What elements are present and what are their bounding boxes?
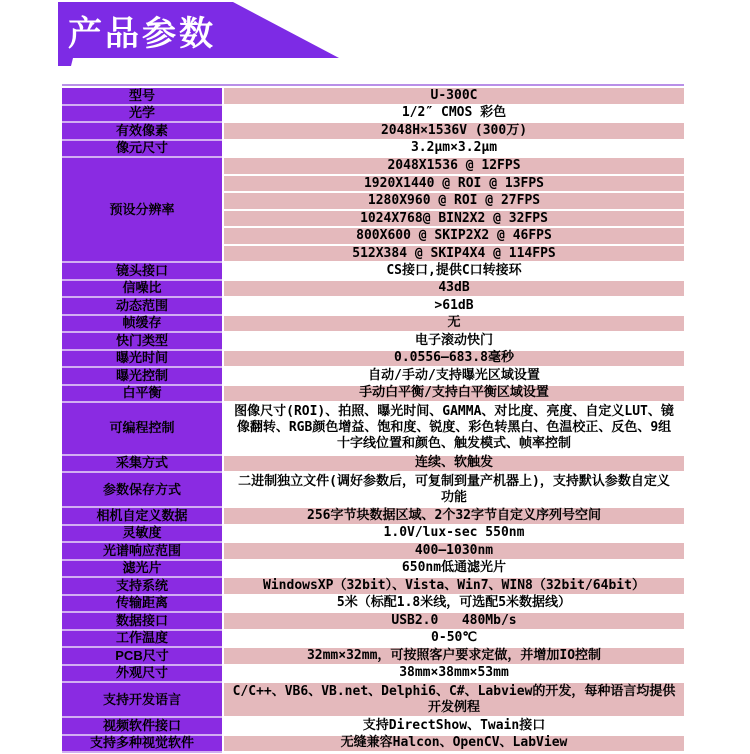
spec-row: 支持多种视觉软件 无缝兼容Halcon、OpenCV、LabView: [62, 736, 684, 754]
spec-label: 数据接口: [62, 613, 222, 631]
spec-row: 曝光控制 自动/手动/支持曝光区域设置: [62, 368, 684, 386]
spec-label: 外观尺寸: [62, 666, 222, 684]
spec-row-programmable-controls: 可编程控制 图像尺寸(ROI)、拍照、曝光时间、GAMMA、对比度、亮度、自定义…: [62, 403, 684, 456]
spec-row: 动态范围 >61dB: [62, 298, 684, 316]
spec-row: 帧缓存 无: [62, 316, 684, 334]
spec-label: 传输距离: [62, 596, 222, 614]
spec-value: 650nm低通滤光片: [224, 561, 684, 579]
spec-value: 3.2μm×3.2μm: [224, 141, 684, 159]
spec-label: 预设分辨率: [62, 158, 222, 263]
spec-label: 光学: [62, 106, 222, 124]
spec-label: 帧缓存: [62, 316, 222, 334]
spec-value: 5米（标配1.8米线，可选配5米数据线）: [224, 596, 684, 614]
spec-value: 1.0V/lux-sec 550nm: [224, 526, 684, 544]
spec-row: 外观尺寸 38mm×38mm×53mm: [62, 666, 684, 684]
spec-row: 工作温度 0-50℃: [62, 631, 684, 649]
spec-value: 连续、软触发: [224, 456, 684, 474]
spec-label: 灵敏度: [62, 526, 222, 544]
spec-label: 光谱响应范围: [62, 543, 222, 561]
spec-value: USB2.0 480Mb/s: [224, 613, 684, 631]
spec-subvalue: 2048X1536 @ 12FPS: [224, 158, 684, 176]
spec-row: 型号 U-300C: [62, 88, 684, 106]
spec-label: PCB尺寸: [62, 648, 222, 666]
spec-row: 传输距离 5米（标配1.8米线，可选配5米数据线）: [62, 596, 684, 614]
spec-row: 视频软件接口 支持DirectShow、Twain接口: [62, 718, 684, 736]
spec-row: 光谱响应范围 400—1030nm: [62, 543, 684, 561]
spec-value: 32mm×32mm，可按照客户要求定做，并增加IO控制: [224, 648, 684, 666]
spec-row: 数据接口 USB2.0 480Mb/s: [62, 613, 684, 631]
spec-label: 滤光片: [62, 561, 222, 579]
table-top-border: [62, 84, 684, 86]
spec-label: 镜头接口: [62, 263, 222, 281]
spec-label: 采集方式: [62, 456, 222, 474]
spec-row: 信噪比 43dB: [62, 281, 684, 299]
spec-value: WindowsXP（32bit）、Vista、Win7、WIN8（32bit/6…: [224, 578, 684, 596]
spec-value: 1/2″ CMOS 彩色: [224, 106, 684, 124]
spec-row: 像元尺寸 3.2μm×3.2μm: [62, 141, 684, 159]
page-title: 产品参数: [68, 2, 216, 58]
table-rows: 型号 U-300C 光学 1/2″ CMOS 彩色 有效像素 2048H×153…: [62, 88, 684, 753]
spec-label: 可编程控制: [62, 403, 222, 456]
spec-value: CS接口,提供C口转接环: [224, 263, 684, 281]
spec-subvalue: 800X600 @ SKIP2X2 @ 46FPS: [224, 228, 684, 246]
spec-row: PCB尺寸 32mm×32mm，可按照客户要求定做，并增加IO控制: [62, 648, 684, 666]
spec-label: 快门类型: [62, 333, 222, 351]
spec-value: 43dB: [224, 281, 684, 299]
spec-row-dev-languages: 支持开发语言 C/C++、VB6、VB.net、Delphi6、C#、Labvi…: [62, 683, 684, 718]
spec-label: 相机自定义数据: [62, 508, 222, 526]
spec-label: 白平衡: [62, 386, 222, 404]
spec-row: 支持系统 WindowsXP（32bit）、Vista、Win7、WIN8（32…: [62, 578, 684, 596]
spec-row: 采集方式 连续、软触发: [62, 456, 684, 474]
spec-subvalue: 1280X960 @ ROI @ 27FPS: [224, 193, 684, 211]
spec-label: 型号: [62, 88, 222, 106]
spec-subvalue: 512X384 @ SKIP4X4 @ 114FPS: [224, 246, 684, 264]
spec-value: 电子滚动快门: [224, 333, 684, 351]
spec-value: 0.0556—683.8毫秒: [224, 351, 684, 369]
spec-row-parameter-save: 参数保存方式 二进制独立文件(调好参数后，可复制到量产机器上)，支持默认参数自定…: [62, 473, 684, 508]
spec-subvalue: 1024X768@ BIN2X2 @ 32FPS: [224, 211, 684, 229]
spec-label: 信噪比: [62, 281, 222, 299]
spec-value: U-300C: [224, 88, 684, 106]
spec-label: 工作温度: [62, 631, 222, 649]
spec-subvalues: 2048X1536 @ 12FPS 1920X1440 @ ROI @ 13FP…: [224, 158, 684, 263]
spec-value: 图像尺寸(ROI)、拍照、曝光时间、GAMMA、对比度、亮度、自定义LUT、镜像…: [224, 403, 684, 456]
spec-value: 自动/手动/支持曝光区域设置: [224, 368, 684, 386]
spec-row: 镜头接口 CS接口,提供C口转接环: [62, 263, 684, 281]
spec-row: 光学 1/2″ CMOS 彩色: [62, 106, 684, 124]
spec-row: 相机自定义数据 256字节块数据区域、2个32字节自定义序列号空间: [62, 508, 684, 526]
spec-row: 曝光时间 0.0556—683.8毫秒: [62, 351, 684, 369]
spec-row: 有效像素 2048H×1536V (300万): [62, 123, 684, 141]
spec-value: >61dB: [224, 298, 684, 316]
spec-label: 支持系统: [62, 578, 222, 596]
spec-label: 视频软件接口: [62, 718, 222, 736]
spec-row: 灵敏度 1.0V/lux-sec 550nm: [62, 526, 684, 544]
spec-label: 参数保存方式: [62, 473, 222, 508]
spec-label: 动态范围: [62, 298, 222, 316]
spec-value: C/C++、VB6、VB.net、Delphi6、C#、Labview的开发，每…: [224, 683, 684, 718]
product-spec-table: 型号 U-300C 光学 1/2″ CMOS 彩色 有效像素 2048H×153…: [62, 84, 684, 753]
spec-value: 无缝兼容Halcon、OpenCV、LabView: [224, 736, 684, 754]
spec-value: 无: [224, 316, 684, 334]
spec-subvalue: 1920X1440 @ ROI @ 13FPS: [224, 176, 684, 194]
spec-value: 支持DirectShow、Twain接口: [224, 718, 684, 736]
spec-label: 曝光时间: [62, 351, 222, 369]
spec-row: 滤光片 650nm低通滤光片: [62, 561, 684, 579]
spec-label: 曝光控制: [62, 368, 222, 386]
spec-label: 支持多种视觉软件: [62, 736, 222, 754]
title-banner: 产品参数: [58, 2, 340, 68]
spec-row: 快门类型 电子滚动快门: [62, 333, 684, 351]
spec-row-resolutions: 预设分辨率 2048X1536 @ 12FPS 1920X1440 @ ROI …: [62, 158, 684, 263]
spec-label: 支持开发语言: [62, 683, 222, 718]
spec-value: 400—1030nm: [224, 543, 684, 561]
spec-value: 38mm×38mm×53mm: [224, 666, 684, 684]
spec-value: 2048H×1536V (300万): [224, 123, 684, 141]
spec-row: 白平衡 手动白平衡/支持白平衡区域设置: [62, 386, 684, 404]
spec-label: 像元尺寸: [62, 141, 222, 159]
spec-label: 有效像素: [62, 123, 222, 141]
spec-value: 手动白平衡/支持白平衡区域设置: [224, 386, 684, 404]
spec-value: 二进制独立文件(调好参数后，可复制到量产机器上)，支持默认参数自定义功能: [224, 473, 684, 508]
spec-value: 0-50℃: [224, 631, 684, 649]
spec-value: 256字节块数据区域、2个32字节自定义序列号空间: [224, 508, 684, 526]
